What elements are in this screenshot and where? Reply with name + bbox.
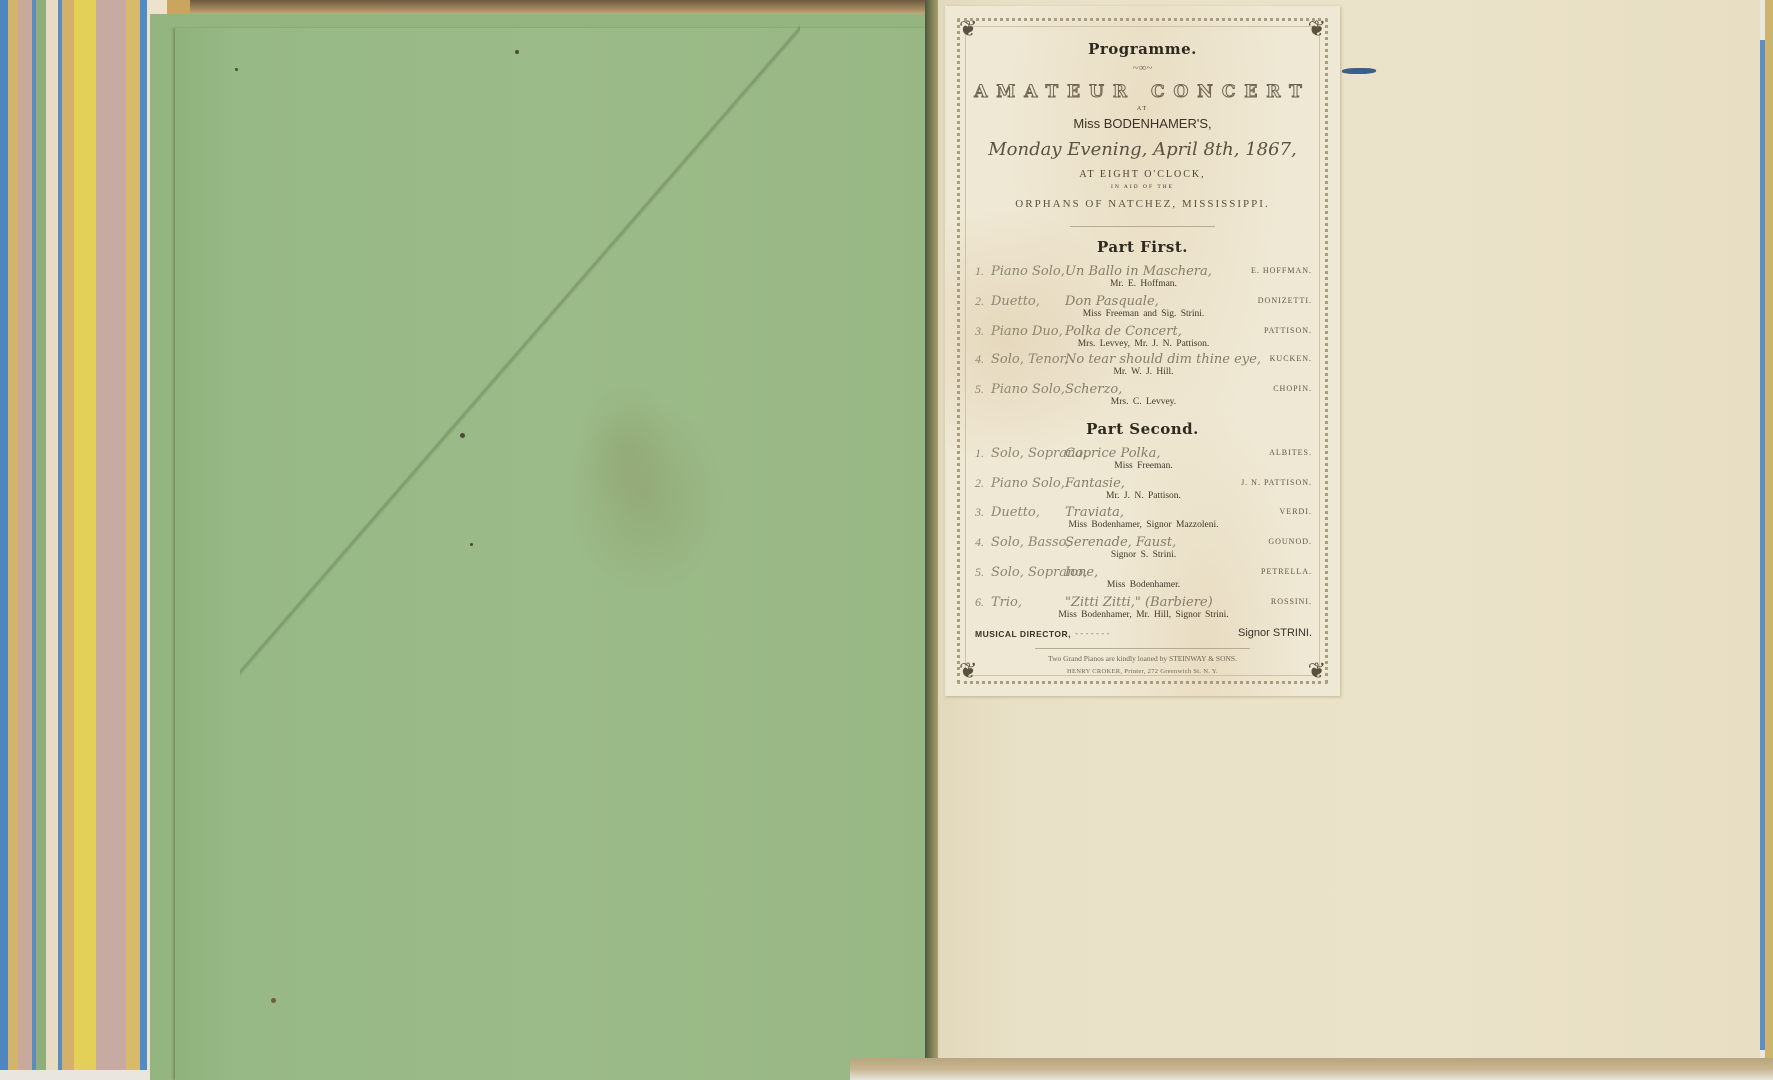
programme-item: 4. Solo, Basso, Serenade, Faust, GOUNOD.… <box>975 535 1312 565</box>
flourish-divider-icon: ~∞~ <box>945 62 1340 74</box>
printer-credit: HENRY CROKER, Printer, 272 Greenwich St.… <box>945 668 1340 675</box>
page-edge-tan <box>8 0 18 1070</box>
page-edge-blue <box>0 0 8 1070</box>
album-bottom-binding <box>850 1058 1773 1080</box>
programme-item: 3. Duetto, Traviata, VERDI. Miss Bodenha… <box>975 505 1312 535</box>
green-page-crease <box>240 20 800 680</box>
divider-rule <box>1035 648 1250 649</box>
page-edge-pink <box>96 0 126 1070</box>
part-second-heading: Part Second. <box>945 420 1340 438</box>
page-edge-pink <box>18 0 32 1070</box>
event-title: AMATEUR CONCERT <box>945 82 1340 102</box>
programme-item: 3. Piano Duo, Polka de Concert, PATTISON… <box>975 324 1312 354</box>
event-date: Monday Evening, April 8th, 1867, <box>945 139 1340 160</box>
dot-leader: - - - - - - - <box>1075 628 1109 638</box>
in-aid-label: IN AID OF THE <box>945 184 1340 190</box>
programme-item: 2. Duetto, Don Pasquale, DONIZETTI. Miss… <box>975 294 1312 324</box>
page-edge-ochre <box>126 0 140 1070</box>
musical-director-name: Signor STRINI. <box>1238 627 1312 639</box>
programme-heading: Programme. <box>945 40 1340 58</box>
programme-item: 2. Piano Solo, Fantasie, J. N. PATTISON.… <box>975 476 1312 506</box>
programme-item: 6. Trio, "Zitti Zitti," (Barbiere) ROSSI… <box>975 595 1312 625</box>
programme-item: 5. Solo, Soprano, Ione, PETRELLA. Miss B… <box>975 565 1312 595</box>
musical-director-label: MUSICAL DIRECTOR, <box>975 629 1071 639</box>
concert-programme[interactable]: ❦ ❦ ❦ ❦ Programme. ~∞~ AMATEUR CONCERT A… <box>945 6 1340 696</box>
beneficiary: ORPHANS OF NATCHEZ, MISSISSIPPI. <box>945 198 1340 210</box>
pianos-note: Two Grand Pianos are kindly loaned by ST… <box>945 654 1340 663</box>
venue: Miss BODENHAMER'S, <box>945 116 1340 131</box>
floral-corner-icon: ❦ <box>959 18 977 40</box>
floral-corner-icon: ❦ <box>1308 18 1326 40</box>
page-edge-cream <box>46 0 58 1070</box>
page-edge-green <box>36 0 46 1070</box>
programme-item: 1. Piano Solo, Un Ballo in Maschera, E. … <box>975 264 1312 294</box>
page-edge-ochre <box>62 0 74 1070</box>
programme-item: 4. Solo, Tenor, No tear should dim thine… <box>975 352 1312 382</box>
page-edge-blue <box>140 0 147 1070</box>
at-label: AT <box>945 106 1340 112</box>
divider-rule <box>1070 226 1215 227</box>
right-page-edge-yellow <box>1765 0 1773 1060</box>
event-time: AT EIGHT O'CLOCK, <box>945 169 1340 180</box>
part-first-heading: Part First. <box>945 238 1340 256</box>
programme-item: 1. Solo, Soprano, Caprice Polka, ALBITES… <box>975 446 1312 476</box>
blue-ink-blot <box>1341 68 1377 74</box>
page-edge-yellow <box>74 0 96 1070</box>
programme-item: 5. Piano Solo, Scherzo, CHOPIN. Mrs. C. … <box>975 382 1312 412</box>
